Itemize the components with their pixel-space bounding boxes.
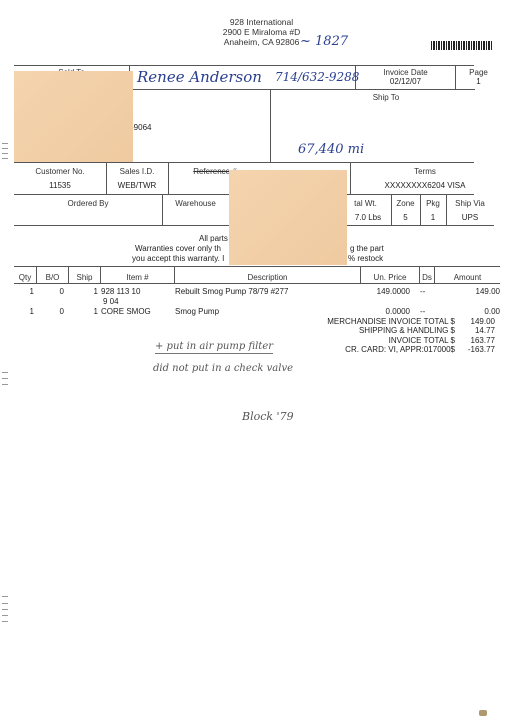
ship-via-label: Ship Via [446,199,494,209]
margin-mark [2,621,8,622]
credit-card-label: CR. CARD: VI, APPR:017000$ [280,345,455,355]
handwritten-ref: ~ 1827 [300,34,348,49]
company-address-1: 2900 E Miraloma #D [0,27,523,37]
handwritten-note-2: did not put in a check valve [153,363,293,374]
warranty-line-3-right: % restock [348,254,383,264]
warranty-line-2-left: Warranties cover only th [135,244,221,254]
row-qty: 1 [14,287,34,297]
page-number: 1 [456,77,501,87]
row-item: 928 113 10 [101,287,140,297]
warranty-line-2-right: g the part [350,244,384,254]
terms-value: XXXXXXXX6204 VISA [350,181,500,191]
col-qty: Qty [14,273,36,283]
margin-mark [2,609,8,610]
margin-mark [2,596,8,597]
handwritten-mileage: 67,440 mi [298,142,364,157]
warehouse-label: Warehouse [163,199,228,209]
margin-mark [2,143,8,144]
warranty-line-3-left: you accept this warranty. I [132,254,224,264]
row-ds: -- [420,287,425,297]
invoice-date: 02/12/07 [356,77,455,87]
total-wt-label: tal Wt. [340,199,391,209]
row-ds: -- [420,307,425,317]
row-item-2: 9 04 [103,297,119,307]
pkg-label: Pkg [420,199,446,209]
sales-id-label: Sales I.D. [106,167,168,177]
divider [14,65,474,66]
margin-mark [2,372,8,373]
ship-via: UPS [446,213,494,223]
shipping-value: 14.77 [455,326,495,336]
shipping-label: SHIPPING & HANDLING $ [280,326,455,336]
col-unit-price: Un. Price [361,273,419,283]
total-wt: 7.0 Lbs [345,213,391,223]
zone-label: Zone [391,199,420,209]
row-description: Smog Pump [175,307,219,317]
row-amount: 149.00 [440,287,500,297]
col-description: Description [175,273,360,283]
row-qty: 1 [14,307,34,317]
divider [130,89,475,90]
row-bo: 0 [40,287,64,297]
handwritten-note-3: Block '79 [242,410,294,423]
terms-label: Terms [350,167,500,177]
row-unit-price: 0.0000 [360,307,410,317]
handwritten-phone: 714/632-9288 [275,70,359,84]
pkg: 1 [420,213,446,223]
row-bo: 0 [40,307,64,317]
sales-id: WEB/TWR [106,181,168,191]
customer-no: 11535 [14,181,106,191]
ship-to-label: Ship To [271,93,501,103]
company-name: 928 International [0,17,523,27]
zone: 5 [391,213,420,223]
ordered-by-label: Ordered By [14,199,162,209]
row-ship: 1 [70,287,98,297]
handwritten-customer-name: Renee Anderson [137,68,262,86]
divider [14,283,500,284]
redaction-box [229,170,347,265]
margin-mark [2,148,8,149]
warranty-line-1: All parts [199,234,228,244]
margin-mark [2,153,8,154]
redaction-box [14,71,133,162]
margin-mark [2,158,8,159]
divider [14,266,500,267]
phone-fragment: -9064 [131,123,151,133]
margin-mark [2,615,8,616]
customer-no-label: Customer No. [14,167,106,177]
row-item: CORE SMOG [101,307,151,317]
col-ds: Ds [420,273,434,283]
row-ship: 1 [70,307,98,317]
row-amount: 0.00 [440,307,500,317]
row-description: Rebuilt Smog Pump 78/79 #277 [175,287,288,297]
margin-mark [2,603,8,604]
divider [14,162,474,163]
col-bo: B/O [37,273,68,283]
col-ship: Ship [69,273,100,283]
divider [168,162,169,194]
col-item: Item # [101,273,174,283]
barcode [431,41,493,50]
margin-mark [2,378,8,379]
row-unit-price: 149.0000 [360,287,410,297]
handwritten-note-1: + put in air pump filter [155,341,273,354]
credit-card-value: -163.77 [455,345,495,355]
margin-mark [2,384,8,385]
smudge-mark [479,710,487,716]
col-amount: Amount [435,273,500,283]
